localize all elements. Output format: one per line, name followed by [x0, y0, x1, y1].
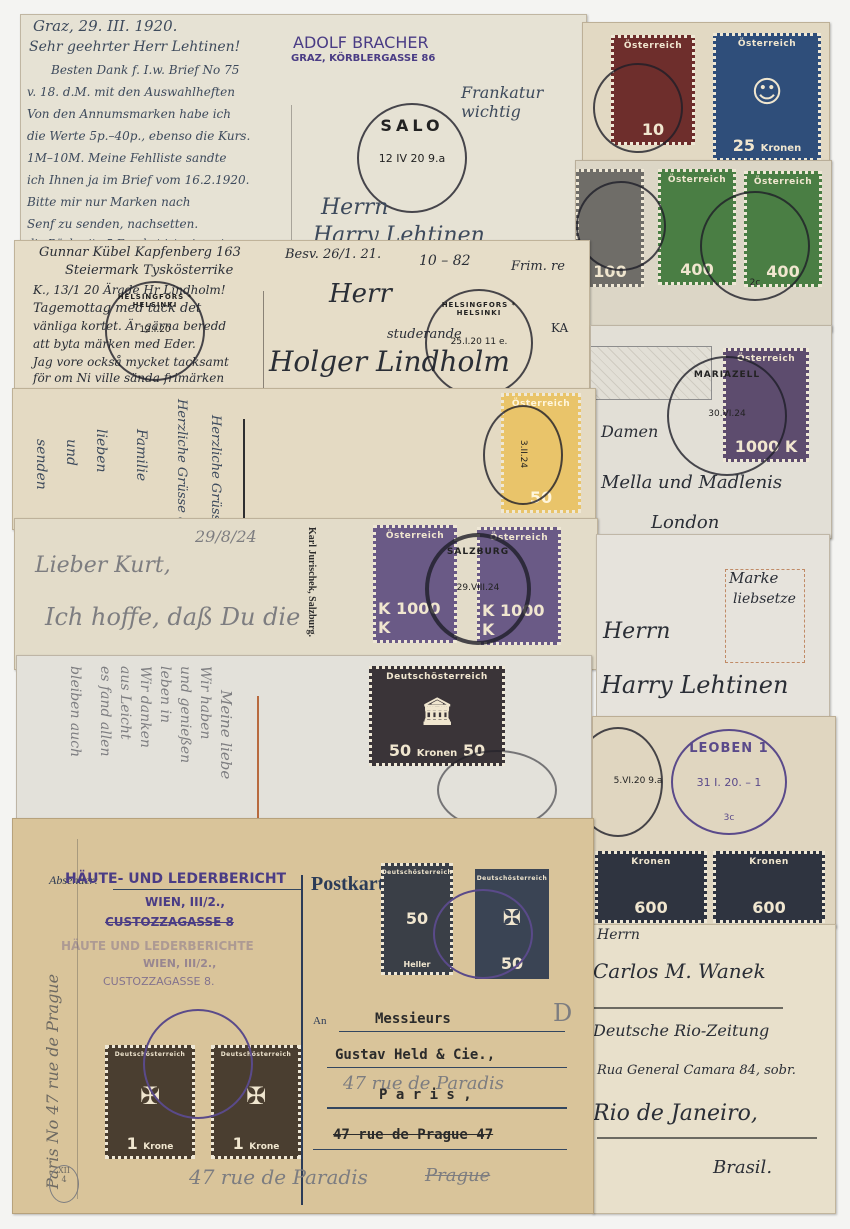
- postmark: 5.VI.20 9.a: [592, 727, 663, 837]
- address-line: Carlos M. Wanek: [593, 959, 766, 983]
- postmark-wien: [433, 889, 533, 979]
- postcard-haeute-lederbericht: Paris No 47 rue de Prague Absender: HÄUT…: [12, 818, 594, 1214]
- postmark-wien: 2c: [700, 191, 810, 301]
- stamp-box-note: liebsetze: [733, 591, 796, 607]
- sender-stamp2-line: CUSTOZZAGASSE 8.: [103, 975, 214, 988]
- handwritten-line: Besten Dank f. I.w. Brief No 75: [51, 63, 239, 77]
- address-rule: [313, 1149, 567, 1150]
- sender-line: Steiermark Tyskösterrike: [65, 263, 233, 278]
- postcard-rio: Herrn Carlos M. Wanek Deutsche Rio-Zeitu…: [592, 924, 836, 1214]
- handwritten-line: die Werte 5p.–40p., ebenso die Kurs.: [27, 129, 250, 143]
- handwritten-line: Wir danken: [137, 666, 153, 748]
- card-divider: [243, 419, 245, 529]
- address-rule: [327, 1107, 567, 1109]
- face-icon: ☺: [751, 75, 782, 110]
- postmark-wien: [143, 1009, 253, 1119]
- side-note: Paris No 47 rue de Prague: [43, 974, 62, 1189]
- postmark-helsinki: HELSINGFORS * HELSINKI 25.I.20 11 e.: [425, 289, 533, 392]
- mark-d: D: [553, 999, 572, 1027]
- handwritten-line: Wir haben: [197, 666, 213, 739]
- card-divider: [301, 875, 303, 1205]
- postcard-stamps-400: 100 Österreich 400 Österreich 400 2c: [575, 160, 832, 332]
- sender-stamp-line: WIEN, III/2.,: [145, 895, 225, 909]
- handwritten-line: Familie: [133, 429, 149, 481]
- sender-stamp-line: CUSTOZZAGASSE 8: [105, 915, 234, 929]
- handwritten-line: bleiben auch: [67, 666, 83, 757]
- postcard-wien-yellow: Herzliche Grüsse an Herzliche Grüsse an …: [12, 388, 596, 530]
- address-rule: [327, 1067, 567, 1068]
- postmark-wien: 3.II.24: [483, 405, 563, 505]
- stamp-25-kronen: Österreich ☺ 25 Kronen: [713, 33, 821, 161]
- handwritten-date: Graz, 29. III. 1920.: [33, 17, 177, 35]
- handwritten-line: Von den Annumsmarken habe ich: [27, 107, 231, 121]
- addressee-city: P a r i s ,: [379, 1087, 472, 1103]
- note-frankatur: Frankatur wichtig: [461, 83, 561, 121]
- card-divider: [291, 105, 292, 251]
- handwritten-line: es fand allen: [97, 666, 113, 756]
- postmark-salzburg: SALZBURG 29.VIII.24: [425, 533, 531, 645]
- handwritten-line: ich Ihnen ja im Brief vom 16.2.1920.: [27, 173, 250, 187]
- card-divider: [257, 696, 259, 826]
- address-line: Deutsche Rio-Zeitung: [593, 1021, 769, 1040]
- sender-stamp2-line: WIEN, III/2.,: [143, 957, 216, 970]
- address-rule: [339, 1031, 565, 1032]
- sender-stamp-line: HÄUTE- UND LEDERBERICHT: [65, 871, 286, 887]
- postcard-helsingfors: Gunnar Kübel Kapfenberg 163 Steiermark T…: [14, 240, 590, 392]
- handwritten-line: v. 18. d.M. mit den Auswahlheften: [27, 85, 235, 99]
- eagle-icon: ✠: [246, 1082, 266, 1110]
- postcard-lehtinen: Marke liebsetze Herrn Harry Lehtinen: [596, 534, 830, 720]
- handwritten-line: lieben: [93, 429, 109, 473]
- handwritten-line: leben in: [157, 666, 173, 723]
- circled-note: XII 4: [49, 1165, 79, 1203]
- stamp-600-kronen: Kronen 600: [713, 851, 825, 923]
- handwritten-date: 29/8/24: [195, 527, 257, 546]
- postmark: [593, 63, 683, 153]
- postmark-leoben: LEOBEN 1 31 I. 20. – 1 3c: [671, 729, 787, 835]
- handwritten-line: senden: [33, 439, 49, 490]
- stamp-600-kronen: Kronen 600: [595, 851, 707, 923]
- bottom-address-hand: 47 rue de Paradis: [189, 1165, 368, 1189]
- publisher-imprint: Karl Jurischek, Salzburg.: [306, 527, 317, 637]
- text-city: London: [651, 512, 719, 533]
- postcard-graz: Graz, 29. III. 1920. Sehr geehrter Herr …: [20, 14, 587, 252]
- postcard-stamps-10-25: Österreich 10 Österreich ☺ 25 Kronen: [582, 22, 830, 164]
- postmark-suffix: KA: [551, 321, 568, 335]
- sender-rule: [113, 889, 303, 890]
- sender-divider: [77, 839, 78, 1199]
- postmark: [437, 750, 557, 827]
- text-names: Mella und Madlenis: [601, 472, 782, 493]
- note-10: 10 – 82: [419, 253, 471, 269]
- handwritten-line: Meine liebe: [217, 690, 235, 779]
- postcard-leoben: 5.VI.20 9.a LEOBEN 1 31 I. 20. – 1 3c Kr…: [592, 716, 836, 928]
- handwritten-line: Bitte mir nur Marken nach: [27, 195, 190, 209]
- received-note: Besv. 26/1. 21.: [285, 247, 381, 262]
- handwritten-line: Herzliche Grüsse an: [174, 399, 189, 530]
- postmark-mariazell: MARIAZELL 30.VI.24: [667, 356, 787, 476]
- address-line: Rio de Janeiro,: [593, 1101, 758, 1126]
- handwritten-greeting: Sehr geehrter Herr Lehtinen!: [29, 39, 240, 55]
- postmark-helsinki: HELSINGFORS * HELSINKI 12.I.20: [105, 281, 205, 381]
- note-frim: Frim. re: [511, 259, 565, 274]
- address-rule: [597, 1137, 817, 1139]
- sender-line: Gunnar Kübel Kapfenberg 163: [39, 245, 241, 260]
- bottom-address-crossed: Prague: [425, 1165, 490, 1186]
- handwritten-line: aus Leicht: [117, 666, 133, 740]
- address-line: Rua General Camara 84, sobr.: [597, 1063, 796, 1078]
- handwritten-line: 1M–10M. Meine Fehlliste sandte: [27, 151, 227, 165]
- handwritten-salutation: Lieber Kurt,: [35, 553, 171, 578]
- parliament-icon: 🏛: [420, 697, 453, 727]
- postcard-salzburg: 29/8/24 Lieber Kurt, Ich hoffe, daß Du d…: [14, 518, 598, 670]
- addressee-title: Herrn: [321, 195, 388, 220]
- stamp-box-note: Marke: [729, 569, 778, 587]
- handwritten-line: Senf zu senden, nachsetten.: [27, 217, 198, 231]
- handwritten-line: und genießen: [177, 666, 193, 763]
- addressee-title: Herr: [329, 279, 392, 309]
- postcard-parliament: Meine liebe Wir haben und genießen leben…: [16, 655, 592, 827]
- postcard-mariazell: Österreich 1000 K MARIAZELL 30.VI.24 Dam…: [590, 325, 832, 539]
- handwritten-line: und: [63, 439, 79, 466]
- address-rule: [593, 1007, 783, 1009]
- card-divider: [263, 291, 264, 391]
- sender-stamp-address: GRAZ, KÖRBLERGASSE 86: [291, 53, 435, 64]
- text-damen: Damen: [601, 422, 658, 441]
- addressee-title: Herrn: [603, 619, 670, 644]
- an-label: An: [313, 1015, 326, 1027]
- address-line: Brasil.: [713, 1157, 772, 1178]
- addressee-name: Harry Lehtinen: [601, 671, 788, 699]
- address-line: Herrn: [597, 927, 640, 943]
- sender-stamp-name: ADOLF BRACHER: [293, 33, 429, 52]
- sender-stamp2-line: HÄUTE UND LEDERBERICHTE: [61, 939, 254, 953]
- handwritten-line: Ich hoffe, daß Du die: [45, 603, 300, 631]
- addressee-street-crossed: 47 rue de Prague 47: [333, 1127, 493, 1143]
- addressee-line: Messieurs: [375, 1011, 451, 1027]
- addressee-line: Gustav Held & Cie.,: [335, 1047, 495, 1063]
